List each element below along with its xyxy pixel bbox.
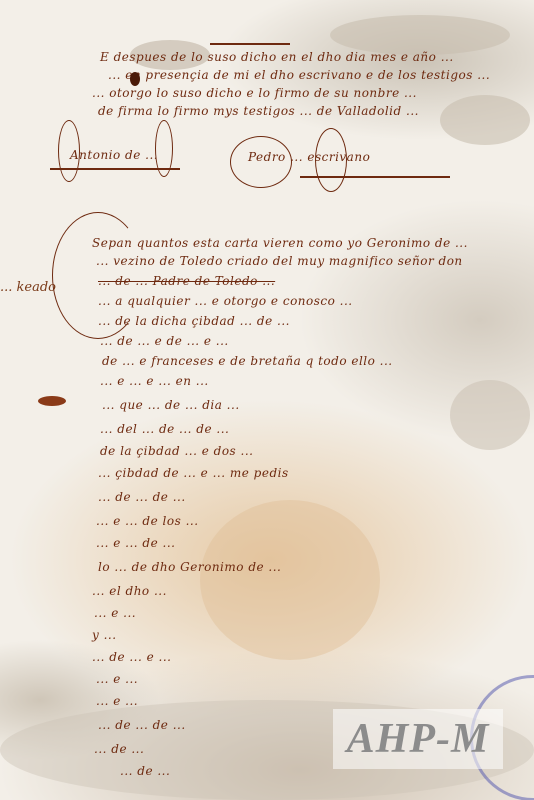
body-line: ... de la dicha çibdad ... de ...	[98, 314, 290, 328]
body-line: ... de ... de ...	[98, 490, 186, 504]
body-line: y ...	[92, 628, 117, 642]
body-line: ... de ...	[94, 742, 144, 756]
body-line: ... a qualquier ... e otorgo e conosco .…	[98, 294, 353, 308]
body-line: ... vezino de Toledo criado del muy magn…	[96, 254, 463, 268]
body-line: ... de ... e de ... e ...	[100, 334, 229, 348]
body-line: ... que ... de ... dia ...	[102, 398, 240, 412]
body-line: ... de ... Padre de Toledo ...	[98, 274, 275, 288]
body-line: ... de ... e ...	[92, 650, 171, 664]
body-line: ... e ...	[96, 672, 138, 686]
signature-right: Pedro ... escrivano	[230, 128, 460, 198]
header-line: de firma lo firmo mys testigos ... de Va…	[98, 104, 419, 118]
body-line: ... de ... de ...	[98, 718, 186, 732]
body-line: de la çibdad ... e dos ...	[100, 444, 253, 458]
body-line: ... e ...	[94, 606, 136, 620]
header-rule	[210, 43, 290, 45]
body-line: ... el dho ...	[92, 584, 167, 598]
header-line: E despues de lo suso dicho en el dho dia…	[100, 50, 454, 64]
paper-stain	[330, 15, 510, 55]
manuscript-page: E despues de lo suso dicho en el dho dia…	[0, 0, 534, 800]
body-line: ... de ...	[120, 764, 170, 778]
body-line: ... e ... e ... en ...	[100, 374, 209, 388]
watermark-text: AHP-M	[347, 715, 490, 763]
ink-blot	[130, 72, 140, 86]
body-line: ... e ...	[96, 694, 138, 708]
paper-stain	[200, 500, 380, 660]
header-line: ... otorgo lo suso dicho e lo firmo de s…	[92, 86, 417, 100]
signature-text: Pedro ... escrivano	[248, 150, 370, 164]
watermark: AHP-M	[333, 709, 503, 769]
signature-text: Antonio de ...	[70, 148, 158, 162]
ink-blot	[38, 396, 66, 406]
body-line: ... çibdad de ... e ... me pedis	[98, 466, 289, 480]
header-line: ... en presençia de mi el dho escrivano …	[108, 68, 490, 82]
body-line: ... del ... de ... de ...	[100, 422, 229, 436]
signature-rule	[50, 168, 180, 170]
body-line: ... e ... de ...	[96, 536, 175, 550]
body-line: de ... e franceses e de bretaña q todo e…	[102, 354, 393, 368]
body-line: Sepan quantos esta carta vieren como yo …	[92, 236, 468, 250]
signature-left: Antonio de ...	[50, 120, 180, 190]
paper-stain	[450, 380, 530, 450]
body-line: ... e ... de los ...	[96, 514, 199, 528]
margin-note: ... keado	[0, 280, 56, 295]
body-line: lo ... de dho Geronimo de ...	[98, 560, 281, 574]
signature-rule	[300, 176, 450, 178]
